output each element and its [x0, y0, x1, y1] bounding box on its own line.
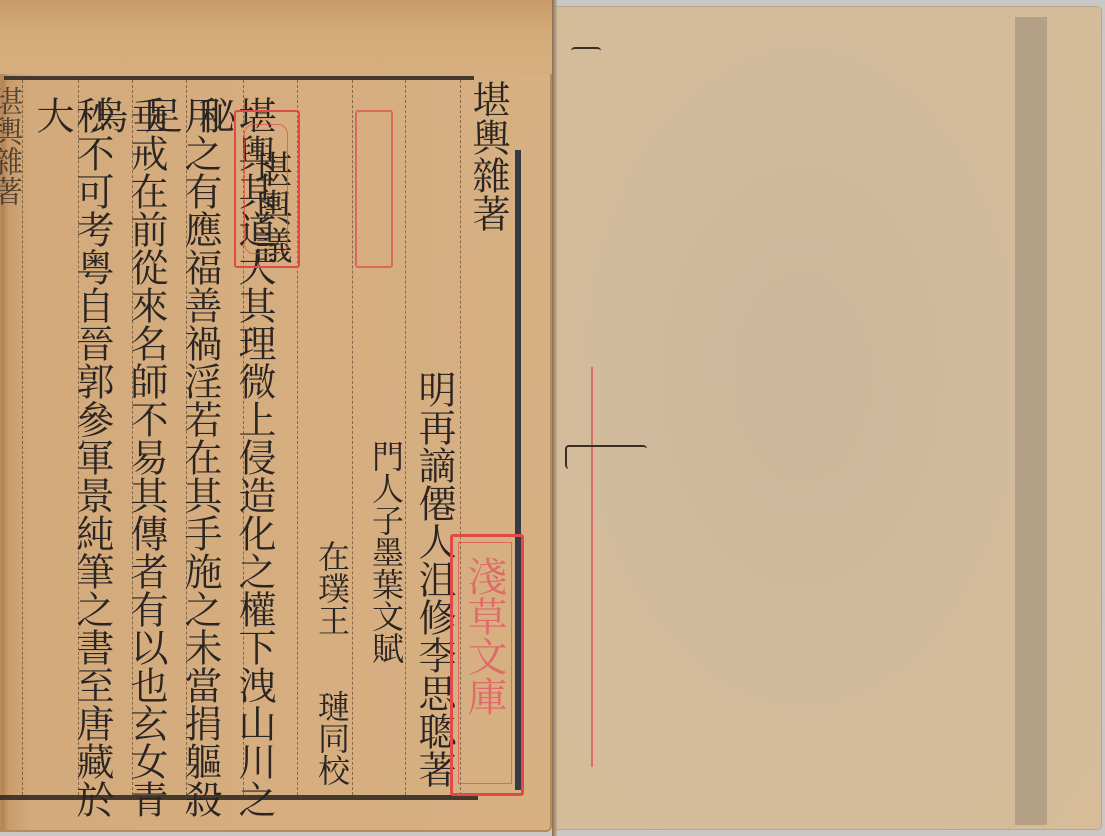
faint-seal [355, 110, 393, 268]
disciple-line: 門人子墨葉文賦 [366, 440, 406, 664]
fold-band [1015, 17, 1047, 825]
column-rule [22, 80, 23, 795]
collator-line-b: 璉同校 [312, 690, 352, 786]
red-margin-line [591, 367, 593, 767]
left-page: 堪輿雜著 堪輿其道大其理微上侵造化之權下洩山川之秘 用之有應福善禍淫若在其手施之… [0, 0, 552, 832]
column-rule [405, 80, 406, 795]
header-title: 堪輿雜著 [468, 80, 508, 232]
title-seal-inner [244, 124, 288, 254]
author-line: 明再謫僊人沮修李思聰著 [414, 370, 454, 788]
body-column-4: 秒不可考粤自晉郭參軍景純筆之書至唐藏於大 [32, 96, 112, 832]
library-seal-text: 淺草文庫 [462, 556, 506, 716]
collator-line-a: 在璞王 [312, 540, 352, 636]
right-page [557, 7, 1101, 829]
paper-tear [571, 47, 601, 99]
top-margin [0, 0, 552, 74]
column-rule [352, 80, 353, 795]
paper-tear [565, 445, 647, 469]
frame-top-border [4, 76, 474, 80]
edge-running-title: 堪輿雜著 [0, 86, 20, 206]
